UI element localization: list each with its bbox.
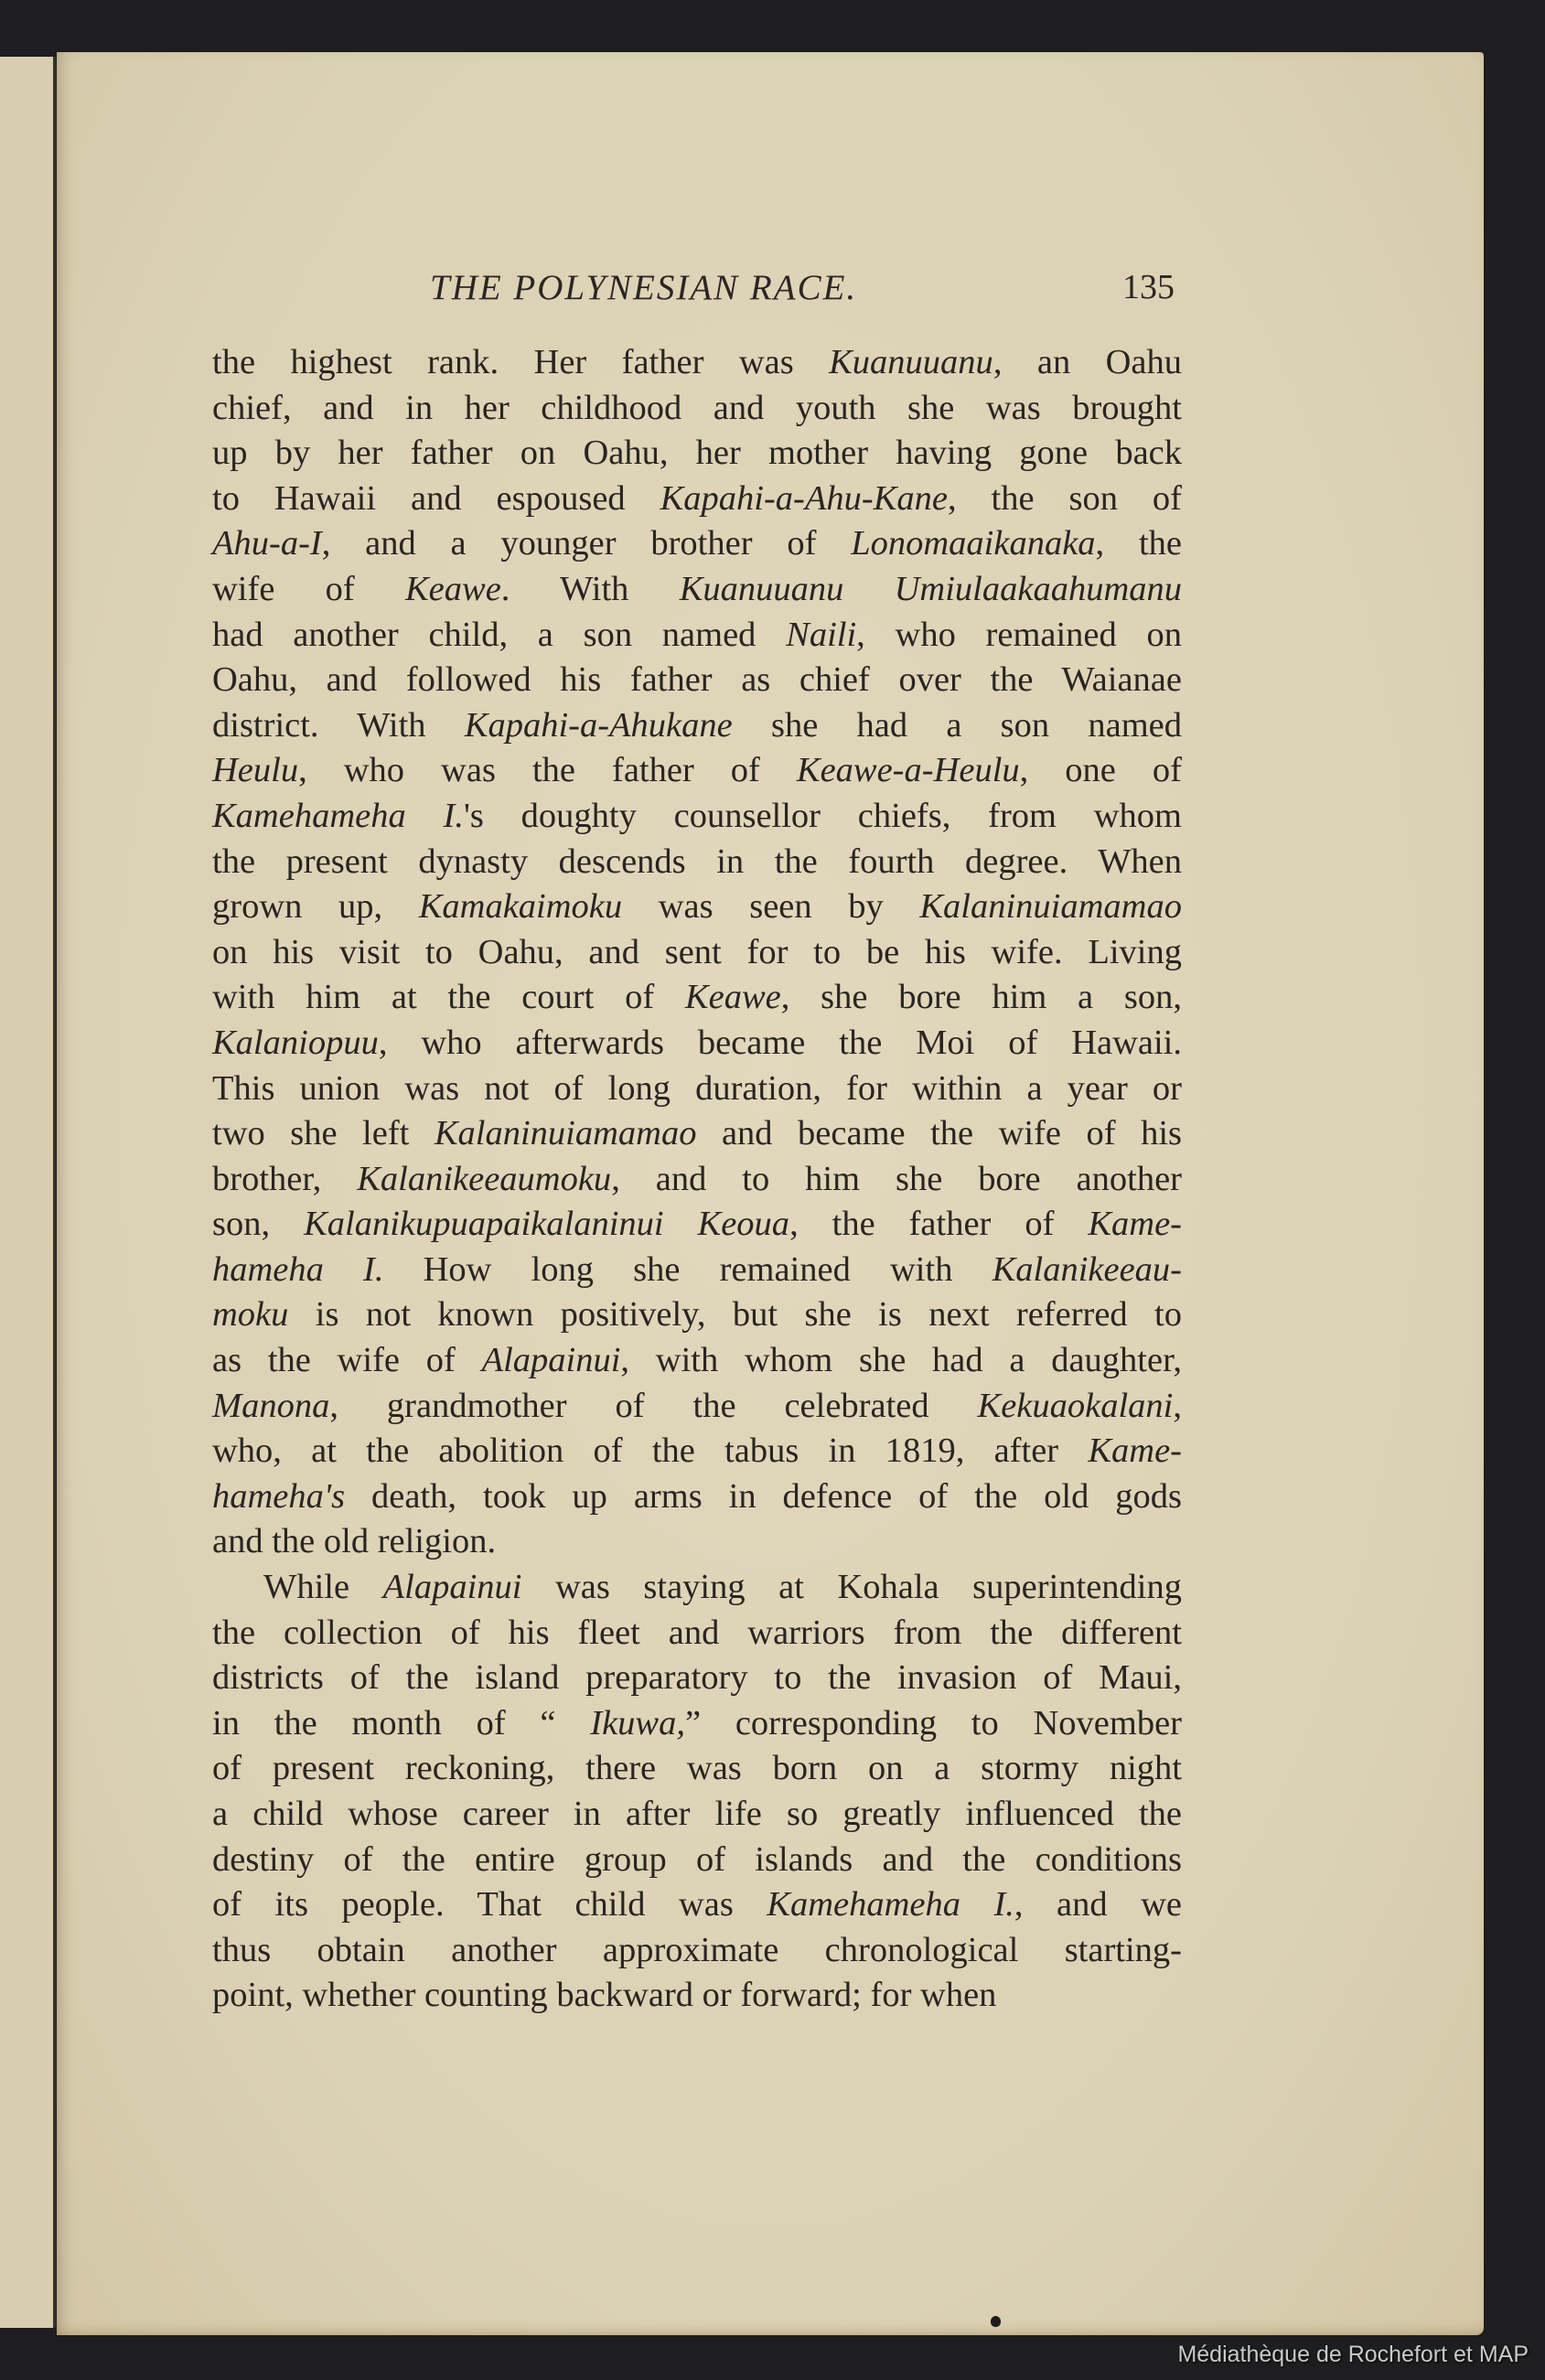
italic-name: Alapainui — [383, 1568, 522, 1606]
text-segment: of present reckoning, there was born on … — [212, 1749, 1182, 1787]
text-segment: was staying at Kohala superintending — [521, 1568, 1182, 1606]
text-line: thus obtain another approximate chronolo… — [212, 1928, 1182, 1974]
italic-name: Kalanikupuapaikalaninui Keoua — [304, 1205, 789, 1243]
text-segment: , with whom she had a daughter, — [620, 1341, 1182, 1379]
text-segment: , she bore him a son, — [781, 978, 1182, 1016]
text-segment: with him at the court of — [212, 978, 685, 1016]
text-segment: the highest rank. Her father was — [212, 343, 829, 381]
text-line: with him at the court of Keawe, she bore… — [212, 975, 1182, 1021]
italic-name: Keawe — [685, 978, 781, 1016]
text-segment: destiny of the entire group of islands a… — [212, 1840, 1182, 1879]
text-line: wife of Keawe. With Kuanuuanu Umiulaakaa… — [212, 567, 1182, 613]
text-line: Heulu, who was the father of Keawe-a-Heu… — [212, 748, 1182, 794]
text-line: Kamehameha I.'s doughty counsellor chief… — [212, 794, 1182, 840]
italic-name: Kame- — [1088, 1431, 1182, 1470]
text-segment: , the — [1096, 524, 1182, 563]
text-line: two she left Kalaninuiamamao and became … — [212, 1111, 1182, 1157]
text-line: the present dynasty descends in the four… — [212, 840, 1182, 885]
text-segment: , and a younger brother of — [322, 524, 851, 563]
text-segment: death, took up arms in defence of the ol… — [345, 1477, 1182, 1516]
text-segment: This union was not of long duration, for… — [212, 1069, 1182, 1108]
text-line: the highest rank. Her father was Kuanuua… — [212, 340, 1182, 386]
text-segment: wife of — [212, 570, 405, 608]
running-head: THE POLYNESIAN RACE. 135 — [0, 267, 1545, 313]
text-segment: , and we — [1014, 1885, 1182, 1924]
text-segment: up by her father on Oahu, her mother hav… — [212, 434, 1182, 472]
italic-name: Kuanuuanu Umiulaakaahumanu — [680, 570, 1182, 608]
italic-name: Kalanikeeaumoku — [357, 1160, 611, 1198]
italic-name: Kalanikeeau- — [992, 1250, 1182, 1289]
text-segment: the present dynasty descends in the four… — [212, 842, 1182, 881]
text-segment: to Hawaii and espoused — [212, 479, 660, 518]
italic-name: Ahu-a-I — [212, 524, 322, 563]
text-segment: of its people. That child was — [212, 1885, 767, 1924]
text-line: the collection of his fleet and warriors… — [212, 1611, 1182, 1656]
text-line: grown up, Kamakaimoku was seen by Kalani… — [212, 884, 1182, 930]
text-line: who, at the abolition of the tabus in 18… — [212, 1429, 1182, 1474]
text-line: brother, Kalanikeeaumoku, and to him she… — [212, 1157, 1182, 1203]
italic-name: Alapainui — [482, 1341, 621, 1379]
text-line: to Hawaii and espoused Kapahi-a-Ahu-Kane… — [212, 477, 1182, 522]
text-segment: district. With — [212, 706, 465, 745]
text-segment: thus obtain another approximate chronolo… — [212, 1931, 1182, 1969]
text-line: districts of the island preparatory to t… — [212, 1656, 1182, 1701]
text-segment: Oahu, and followed his father as chief o… — [212, 660, 1182, 699]
facing-page-edge — [0, 57, 56, 2328]
text-line: moku is not known positively, but she is… — [212, 1292, 1182, 1338]
text-line: of present reckoning, there was born on … — [212, 1746, 1182, 1792]
text-line: up by her father on Oahu, her mother hav… — [212, 431, 1182, 477]
italic-name: Kamakaimoku — [419, 887, 622, 926]
italic-name: Kalaninuiamamao — [919, 887, 1182, 926]
text-segment: , an Oahu — [993, 343, 1182, 381]
text-segment: , — [1173, 1387, 1182, 1425]
italic-name: Ikuwa, — [590, 1704, 685, 1742]
text-segment: a child whose career in after life so gr… — [212, 1795, 1182, 1833]
text-line: Oahu, and followed his father as chief o… — [212, 658, 1182, 703]
text-line: While Alapainui was staying at Kohala su… — [212, 1565, 1182, 1611]
text-segment: she had a son named — [733, 706, 1182, 745]
text-segment: , who was the father of — [298, 751, 797, 789]
text-segment: 's doughty counsellor chiefs, from whom — [464, 797, 1182, 835]
text-line: on his visit to Oahu, and sent for to be… — [212, 930, 1182, 976]
text-segment: on his visit to Oahu, and sent for to be… — [212, 933, 1182, 971]
italic-name: Keawe — [405, 570, 501, 608]
italic-name: Kapahi-a-Ahukane — [465, 706, 733, 745]
text-segment: point, whether counting backward or forw… — [212, 1976, 996, 2014]
italic-name: Lonomaaikanaka — [851, 524, 1095, 563]
text-line: point, whether counting backward or forw… — [212, 1973, 1182, 2019]
italic-name: Kalaninuiamamao — [435, 1114, 697, 1152]
text-line: chief, and in her childhood and youth sh… — [212, 386, 1182, 432]
ink-spot — [991, 2316, 1001, 2327]
text-line: in the month of “ Ikuwa,” corresponding … — [212, 1701, 1182, 1747]
text-line: as the wife of Alapainui, with whom she … — [212, 1338, 1182, 1384]
text-segment: districts of the island preparatory to t… — [212, 1658, 1182, 1697]
text-line: Kalaniopuu, who afterwards became the Mo… — [212, 1021, 1182, 1067]
text-segment: and the old religion. — [212, 1522, 496, 1560]
text-segment: is not known positively, but she is next… — [288, 1295, 1182, 1334]
text-segment: , who remained on — [856, 616, 1182, 654]
text-segment: While — [263, 1568, 383, 1606]
running-title: THE POLYNESIAN RACE. — [430, 267, 857, 308]
text-segment: ” corresponding to November — [685, 1704, 1182, 1742]
italic-name: hameha's — [212, 1477, 345, 1516]
text-segment: , who afterwards became the Moi of Hawai… — [379, 1024, 1182, 1062]
text-line: and the old religion. — [212, 1519, 1182, 1565]
body-text: the highest rank. Her father was Kuanuua… — [212, 340, 1182, 2019]
text-segment: as the wife of — [212, 1341, 482, 1379]
text-line: of its people. That child was Kamehameha… — [212, 1882, 1182, 1928]
text-line: son, Kalanikupuapaikalaninui Keoua, the … — [212, 1202, 1182, 1248]
text-segment: , the son of — [948, 479, 1182, 518]
italic-name: Heulu — [212, 751, 298, 789]
italic-name: Kapahi-a-Ahu-Kane — [660, 479, 948, 518]
text-segment: who, at the abolition of the tabus in 18… — [212, 1431, 1088, 1470]
text-line: had another child, a son named Naili, wh… — [212, 613, 1182, 659]
text-segment: two she left — [212, 1114, 435, 1152]
italic-name: hameha I. — [212, 1250, 383, 1289]
text-segment: and became the wife of his — [696, 1114, 1182, 1152]
italic-name: Kalaniopuu — [212, 1024, 379, 1062]
text-segment: , the father of — [789, 1205, 1088, 1243]
text-segment: grown up, — [212, 887, 419, 926]
italic-name: Manona — [212, 1387, 329, 1425]
text-segment: , and to him she bore another — [611, 1160, 1182, 1198]
page-number: 135 — [1122, 267, 1175, 307]
text-line: destiny of the entire group of islands a… — [212, 1838, 1182, 1883]
text-line: hameha I. How long she remained with Kal… — [212, 1248, 1182, 1293]
text-line: hameha's death, took up arms in defence … — [212, 1474, 1182, 1520]
italic-name: Keawe-a-Heulu — [797, 751, 1020, 789]
text-line: a child whose career in after life so gr… — [212, 1792, 1182, 1838]
italic-name: Kuanuuanu — [829, 343, 993, 381]
text-line: Ahu-a-I, and a younger brother of Lonoma… — [212, 521, 1182, 567]
italic-name: moku — [212, 1295, 288, 1334]
text-segment: , grandmother of the celebrated — [329, 1387, 977, 1425]
italic-name: Kamehameha I. — [212, 797, 464, 835]
italic-name: Kekuaokalani — [978, 1387, 1174, 1425]
text-segment: . With — [501, 570, 680, 608]
text-segment: the collection of his fleet and warriors… — [212, 1613, 1182, 1652]
watermark: Médiathèque de Rochefort et MAP — [1177, 2342, 1529, 2368]
text-segment: , one of — [1020, 751, 1182, 789]
text-segment: in the month of “ — [212, 1704, 590, 1742]
text-segment: chief, and in her childhood and youth sh… — [212, 389, 1182, 427]
italic-name: Kamehameha I. — [767, 1885, 1014, 1924]
text-line: Manona, grandmother of the celebrated Ke… — [212, 1384, 1182, 1430]
text-segment: How long she remained with — [383, 1250, 992, 1289]
text-segment: was seen by — [622, 887, 919, 926]
text-segment: had another child, a son named — [212, 616, 786, 654]
text-line: district. With Kapahi-a-Ahukane she had … — [212, 703, 1182, 749]
text-segment: son, — [212, 1205, 304, 1243]
italic-name: Naili — [786, 616, 856, 654]
text-segment: brother, — [212, 1160, 357, 1198]
text-line: This union was not of long duration, for… — [212, 1067, 1182, 1112]
italic-name: Kame- — [1088, 1205, 1182, 1243]
